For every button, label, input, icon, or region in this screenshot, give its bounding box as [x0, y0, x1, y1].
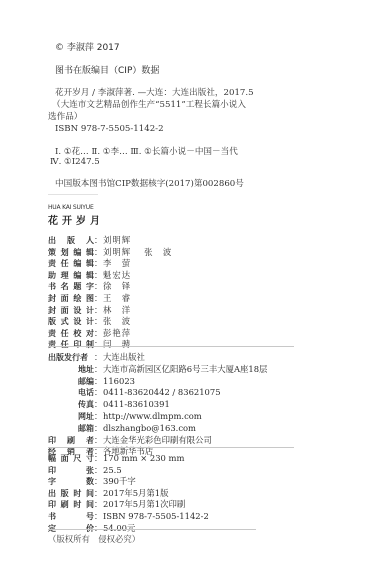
cip-number: 中国版本图书馆CIP数据核字(2017)第002860号 — [55, 177, 244, 189]
publisher-name-row: 出版发行者：大连出版社 — [48, 352, 267, 364]
spec-label: 印张 — [48, 465, 94, 477]
spec-label: 幅面尺寸 — [48, 453, 94, 465]
credit-label: 版式设计 — [48, 316, 94, 328]
specs-divider — [48, 529, 256, 530]
publisher-website-row: 网址：http://www.dlmpm.com — [48, 411, 267, 423]
credit-label: 封面绘图 — [48, 293, 94, 305]
spec-label: 书号 — [48, 511, 94, 523]
publisher-email-row: 邮箱：dlszhangbo@163.com — [48, 423, 267, 435]
spec-row: 书号：ISBN 978-7-5505-1142-2 — [48, 511, 209, 523]
credit-row: 责任校对：彭艳萍 — [48, 328, 172, 340]
postcode-label: 邮编 — [48, 376, 94, 388]
book-pinyin-title: HUA KAI SUIYUE — [48, 204, 94, 211]
cip-entry-line-3: 选作品） — [48, 110, 82, 122]
credit-row: 封面设计：林 洋 — [48, 305, 172, 317]
printer-name: 大连金华光彩色印刷有限公司 — [103, 435, 212, 447]
credits-divider — [48, 346, 294, 347]
publisher-postcode-row: 邮编：116023 — [48, 376, 267, 388]
credit-row: 封面绘图：王 睿 — [48, 293, 172, 305]
cip-classification-line-1: Ⅰ. ①花… Ⅱ. ①李… Ⅲ. ①长篇小说－中国－当代 — [55, 145, 238, 157]
rights-notice: （版权所有 侵权必究） — [48, 533, 140, 545]
credit-label: 书名题字 — [48, 281, 94, 293]
cip-classification-line-2: Ⅳ. ①I247.5 — [50, 157, 100, 167]
credit-value: 刘明辉 张 波 — [103, 247, 172, 259]
spec-label: 印刷时间 — [48, 499, 94, 511]
credit-value: 张 波 — [103, 316, 131, 328]
publisher-phone: 0411-83620442 / 83621075 — [103, 387, 221, 399]
spec-value: 2017年5月第1次印刷 — [103, 499, 185, 511]
spec-value: 390千字 — [103, 476, 136, 488]
specs-list: 幅面尺寸：170 mm × 230 mm 印张：25.5 字数：390千字 出版… — [48, 453, 209, 534]
printer-row: 印刷者：大连金华光彩色印刷有限公司 — [48, 435, 267, 447]
credit-label: 封面设计 — [48, 305, 94, 317]
credit-value: 王 睿 — [103, 293, 131, 305]
publisher-name: 大连出版社 — [103, 352, 145, 364]
cip-isbn: ISBN 978-7-5505-1142-2 — [55, 124, 164, 134]
credit-label: 责任编辑 — [48, 258, 94, 270]
publisher-address: 大连市高新园区亿阳路6号三丰大厦A座18层 — [103, 364, 267, 376]
credit-value: 彭艳萍 — [103, 328, 131, 340]
title-divider — [48, 194, 98, 195]
publisher-address-row: 地址：大连市高新园区亿阳路6号三丰大厦A座18层 — [48, 364, 267, 376]
publisher-divider — [48, 447, 294, 448]
publisher-info: 出版发行者：大连出版社 地址：大连市高新园区亿阳路6号三丰大厦A座18层 邮编：… — [48, 352, 267, 458]
website-label: 网址 — [48, 411, 94, 423]
credit-row: 策划编辑：刘明辉 张 波 — [48, 247, 172, 259]
credit-label: 助理编辑 — [48, 270, 94, 282]
credit-value: 徐 铎 — [103, 281, 131, 293]
publisher-fax: 0411-83610391 — [103, 399, 170, 411]
publisher-postcode: 116023 — [103, 376, 135, 388]
printer-label: 印刷者 — [48, 435, 94, 447]
credit-row: 责任编辑：李 萤 — [48, 258, 172, 270]
spec-row: 印刷时间：2017年5月第1次印刷 — [48, 499, 209, 511]
copyright-page: © 李淑萍 2017 图书在版编目（CIP）数据 花开岁月 / 李淑萍著. —大… — [0, 0, 375, 578]
credit-label: 策划编辑 — [48, 247, 94, 259]
spec-label: 字数 — [48, 476, 94, 488]
cip-entry-line-2: （大连市文艺精品创作生产“5511”工程长篇小说入 — [52, 98, 246, 110]
cip-entry-line-1: 花开岁月 / 李淑萍著. —大连：大连出版社，2017.5 — [55, 86, 254, 98]
credit-value: 魁宏达 — [103, 270, 131, 282]
spec-value: 170 mm × 230 mm — [103, 453, 184, 465]
email-label: 邮箱 — [48, 423, 94, 435]
credit-value: 林 洋 — [103, 305, 131, 317]
credit-row: 出版人：刘明辉 — [48, 235, 172, 247]
credit-row: 版式设计：张 波 — [48, 316, 172, 328]
spec-value: ISBN 978-7-5505-1142-2 — [103, 511, 209, 523]
fax-label: 传真 — [48, 399, 94, 411]
spec-row: 出版时间：2017年5月第1版 — [48, 488, 209, 500]
spec-label: 出版时间 — [48, 488, 94, 500]
credit-row: 书名题字：徐 铎 — [48, 281, 172, 293]
credit-value: 李 萤 — [103, 258, 131, 270]
spec-row: 幅面尺寸：170 mm × 230 mm — [48, 453, 209, 465]
book-title: 花开岁月 — [48, 212, 104, 227]
spec-row: 印张：25.5 — [48, 465, 209, 477]
publisher-website: http://www.dlmpm.com — [103, 411, 202, 423]
credit-row: 助理编辑：魁宏达 — [48, 270, 172, 282]
cip-heading: 图书在版编目（CIP）数据 — [55, 63, 159, 76]
credit-label: 出版人 — [48, 235, 94, 247]
spec-value: 25.5 — [103, 465, 122, 477]
credit-value: 刘明辉 — [103, 235, 131, 247]
spec-value: 2017年5月第1版 — [103, 488, 168, 500]
publisher-fax-row: 传真：0411-83610391 — [48, 399, 267, 411]
address-label: 地址 — [48, 364, 94, 376]
credits-list: 出版人：刘明辉 策划编辑：刘明辉 张 波 责任编辑：李 萤 助理编辑：魁宏达 书… — [48, 235, 172, 351]
copyright-notice: © 李淑萍 2017 — [55, 40, 120, 53]
publisher-label: 出版发行者 — [48, 352, 94, 364]
publisher-phone-row: 电话：0411-83620442 / 83621075 — [48, 387, 267, 399]
credit-label: 责任校对 — [48, 328, 94, 340]
phone-label: 电话 — [48, 387, 94, 399]
publisher-email: dlszhangbo@163.com — [103, 423, 196, 435]
spec-row: 字数：390千字 — [48, 476, 209, 488]
